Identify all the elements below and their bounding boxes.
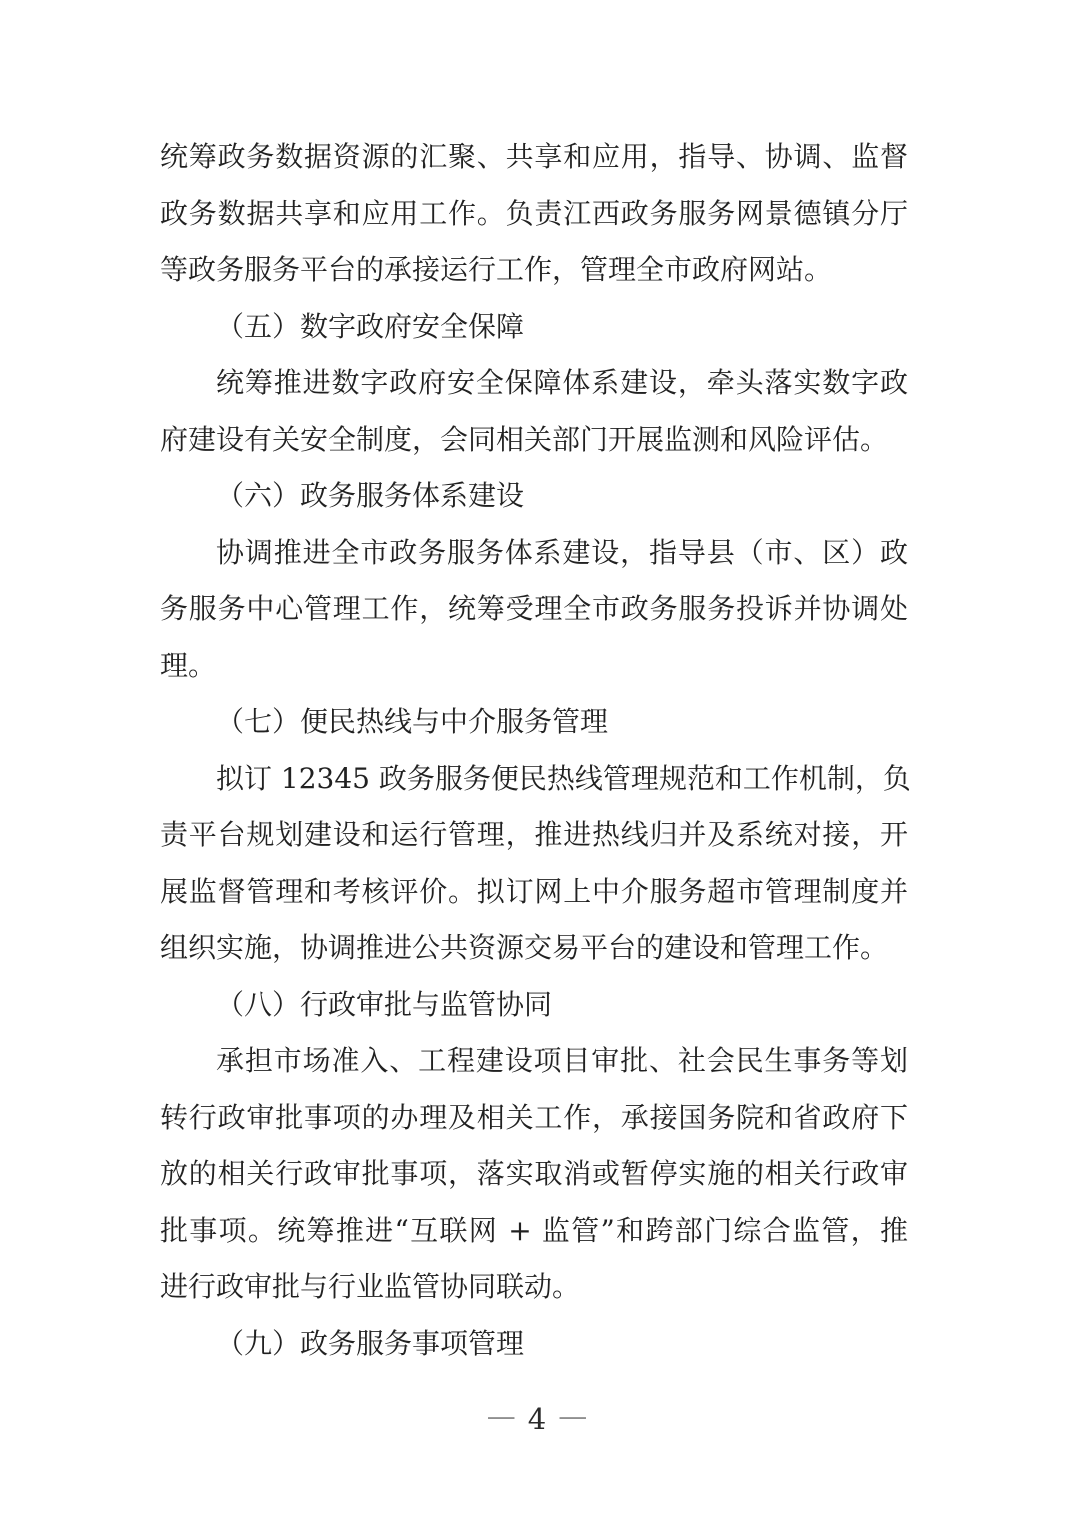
document-page: 统筹政务数据资源的汇聚、共享和应用，指导、协调、监督政务数据共享和应用工作。负责… [0, 0, 1074, 1520]
text-line: 承担市场准入、工程建设项目审批、社会民生事务等划 [160, 1033, 908, 1090]
section-heading: （六）政务服务体系建设 [160, 468, 908, 525]
text-line: 务服务中心管理工作，统筹受理全市政务服务投诉并协调处 [160, 581, 908, 638]
footer-dash-right: — [558, 1399, 587, 1433]
footer-dash-left: — [487, 1399, 516, 1433]
section-heading: （八）行政审批与监管协同 [160, 977, 908, 1034]
text-line: 等政务服务平台的承接运行工作，管理全市政府网站。 [160, 242, 908, 299]
page-number: 4 [528, 1402, 546, 1436]
section-heading: （七）便民热线与中介服务管理 [160, 694, 908, 751]
text-line: 统筹推进数字政府安全保障体系建设，牵头落实数字政 [160, 355, 908, 412]
text-line: 协调推进全市政务服务体系建设，指导县（市、区）政 [160, 525, 908, 582]
text-line: 统筹政务数据资源的汇聚、共享和应用，指导、协调、监督 [160, 129, 908, 186]
page-footer: —4— [0, 1399, 1074, 1439]
text-line: 展监督管理和考核评价。拟订网上中介服务超市管理制度并 [160, 864, 908, 921]
text-line: 拟订 12345 政务服务便民热线管理规范和工作机制，负 [160, 751, 908, 808]
text-line: 责平台规划建设和运行管理，推进热线归并及系统对接，开 [160, 807, 908, 864]
text-line: 批事项。统筹推进“互联网 + 监管”和跨部门综合监管，推 [160, 1203, 908, 1260]
text-line: 府建设有关安全制度，会同相关部门开展监测和风险评估。 [160, 412, 908, 469]
text-line: 组织实施，协调推进公共资源交易平台的建设和管理工作。 [160, 920, 908, 977]
section-heading: （五）数字政府安全保障 [160, 299, 908, 356]
text-block: 统筹政务数据资源的汇聚、共享和应用，指导、协调、监督政务数据共享和应用工作。负责… [160, 129, 908, 1372]
text-line: 转行政审批事项的办理及相关工作，承接国务院和省政府下 [160, 1090, 908, 1147]
text-line: 政务数据共享和应用工作。负责江西政务服务网景德镇分厅 [160, 186, 908, 243]
text-line: 理。 [160, 638, 908, 695]
text-line: 放的相关行政审批事项，落实取消或暂停实施的相关行政审 [160, 1146, 908, 1203]
section-heading: （九）政务服务事项管理 [160, 1316, 908, 1373]
text-line: 进行政审批与行业监管协同联动。 [160, 1259, 908, 1316]
